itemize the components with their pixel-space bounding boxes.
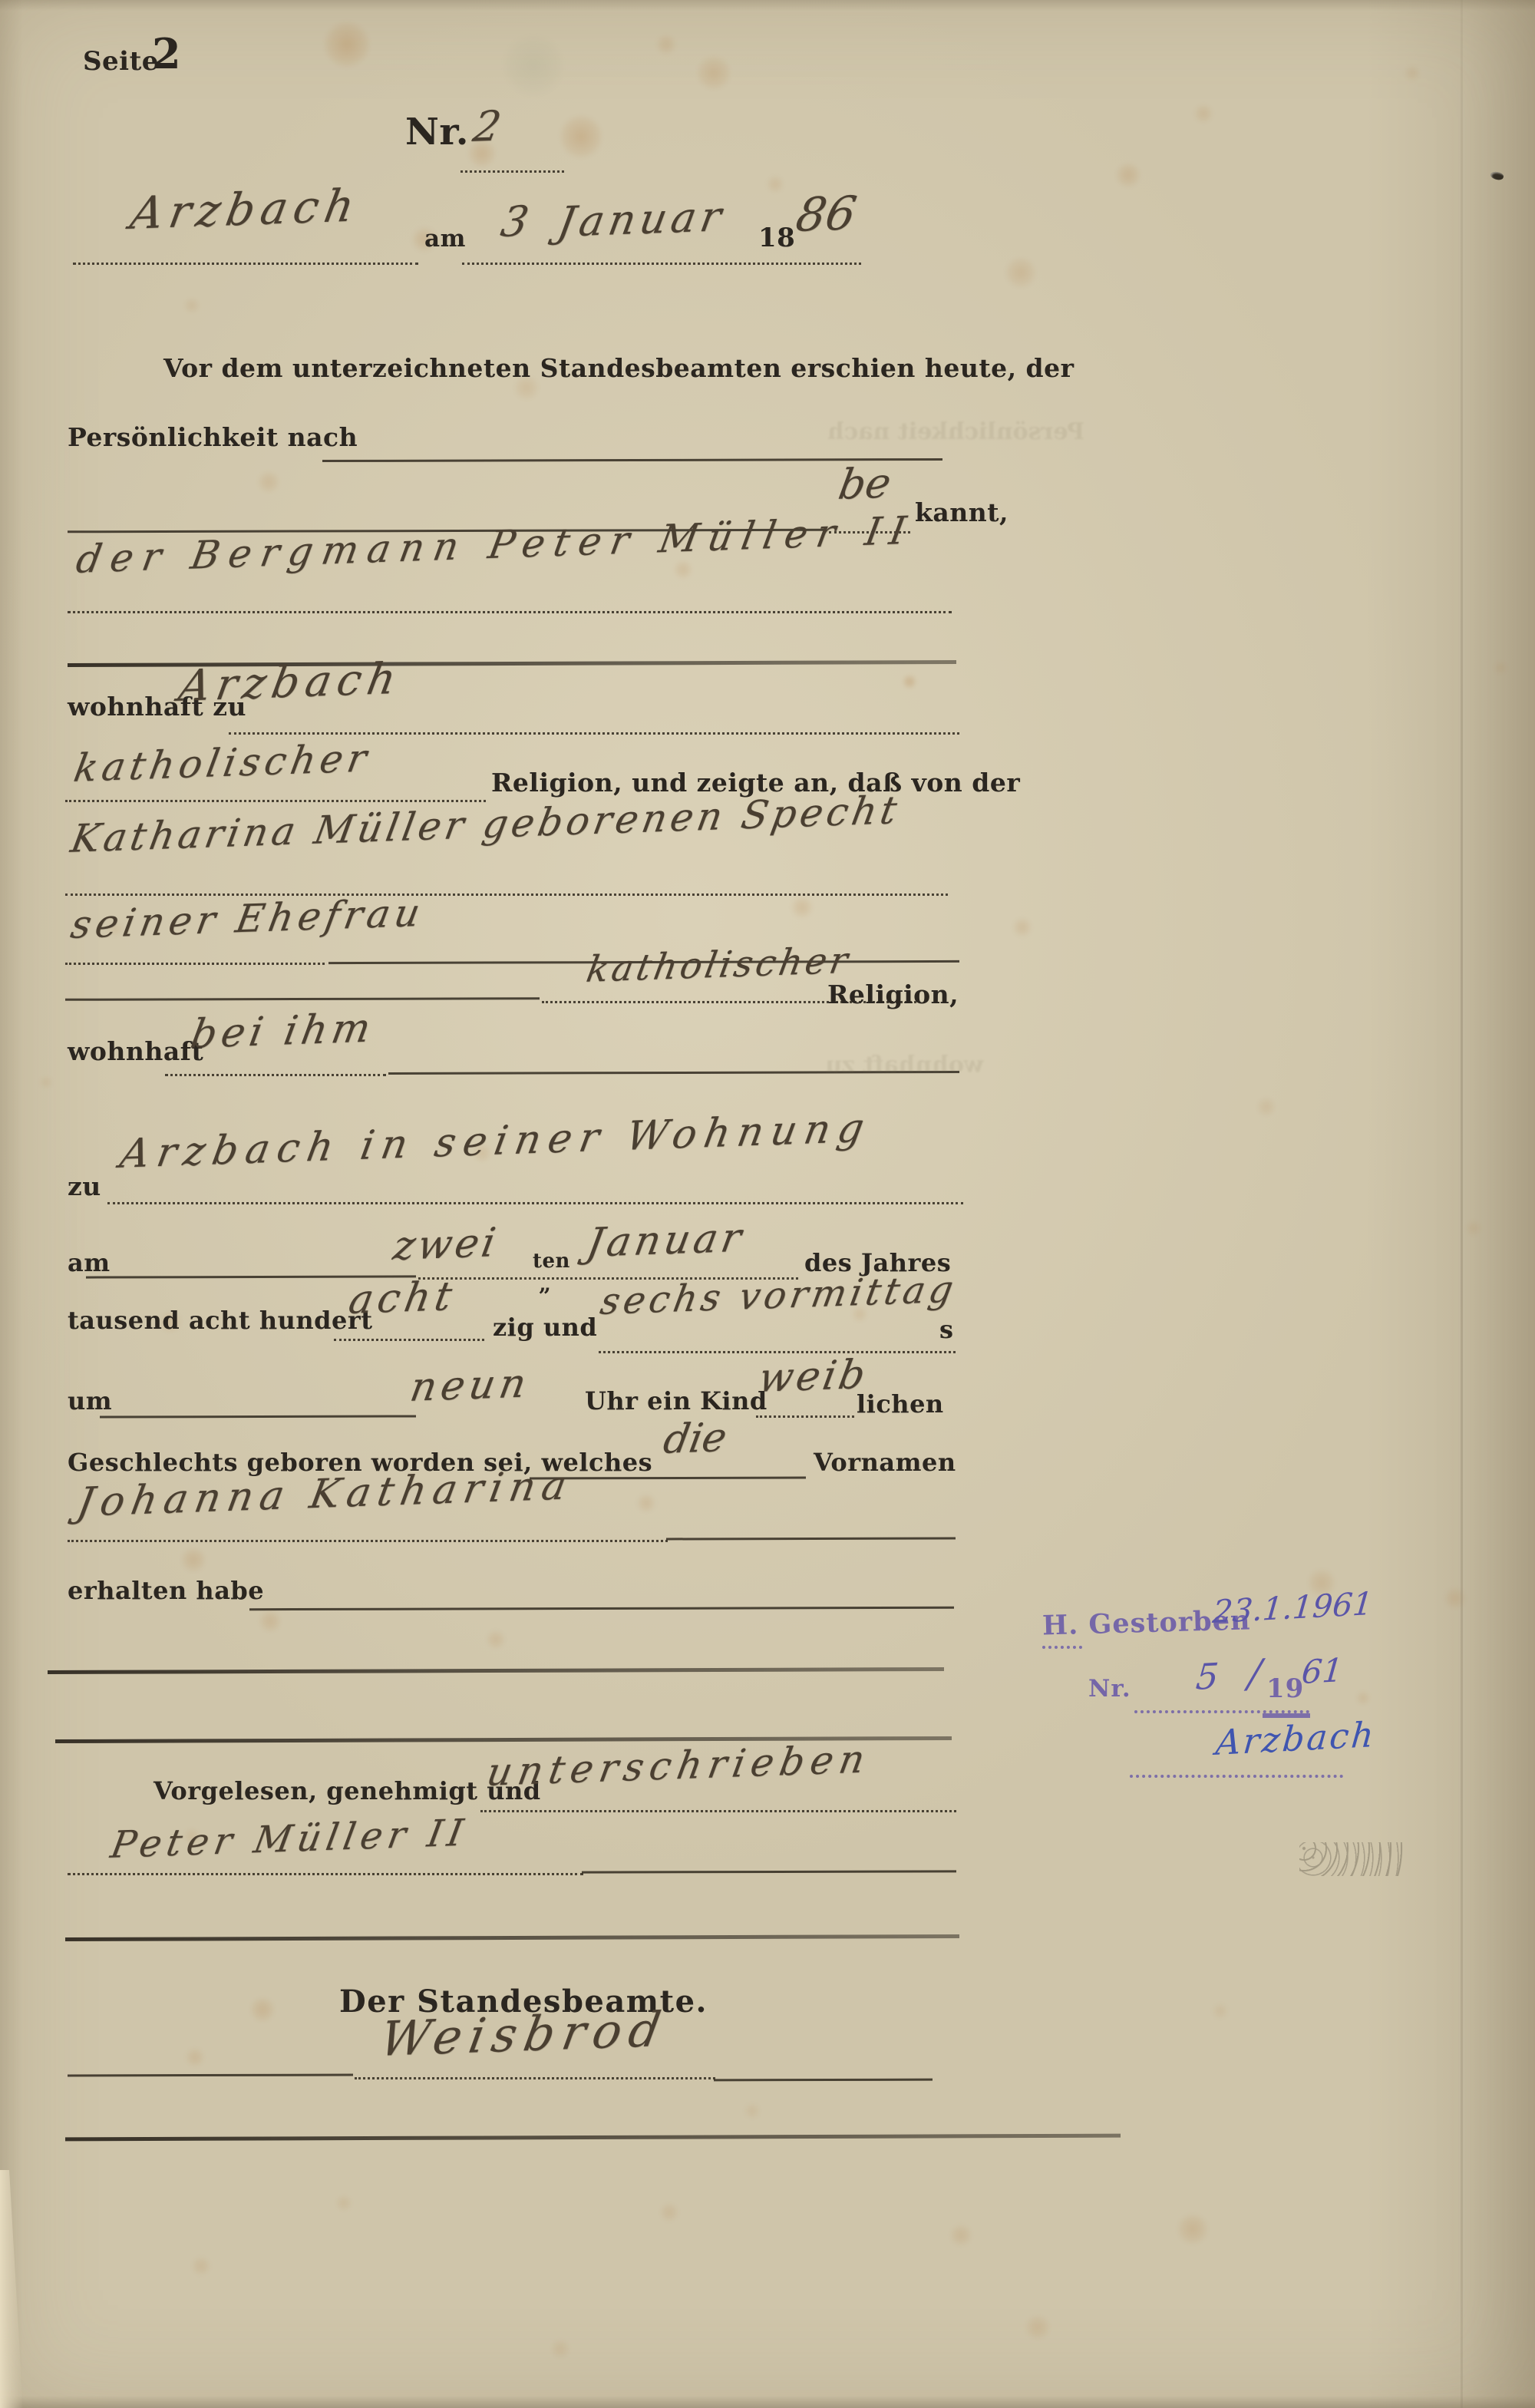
- year-printed-prefix: 18: [758, 223, 795, 253]
- foxing-stain: [1257, 1098, 1276, 1116]
- foxing-stain: [674, 560, 692, 579]
- wohnhaft-label-2: wohnhaft: [68, 1036, 203, 1066]
- foxing-stain: [1405, 65, 1420, 81]
- form-rule-line: [73, 263, 418, 265]
- stamp-nr-value: 5: [1194, 1655, 1220, 1698]
- form-rule-line: [599, 1351, 956, 1353]
- form-rule-line: [714, 2079, 933, 2082]
- tausend-label: tausend acht hundert: [68, 1306, 373, 1335]
- form-rule-line: [68, 1873, 583, 1875]
- foxing-stain: [656, 35, 676, 55]
- foxing-stain: [186, 2048, 204, 2066]
- registrar-signature: Weisbrod: [376, 2000, 672, 2067]
- am-label-2: am: [68, 1248, 111, 1277]
- form-rule-line: [65, 894, 948, 896]
- form-rule-line: [65, 1934, 959, 1941]
- foxing-stain: [1005, 257, 1036, 288]
- record-number-label: Nr.: [405, 111, 469, 154]
- stamp-nr-label: Nr.: [1088, 1675, 1131, 1703]
- foxing-stain: [660, 2203, 678, 2221]
- form-rule-line: [480, 1810, 956, 1812]
- stamp-slash: /: [1246, 1651, 1263, 1696]
- form-rule-line: [68, 611, 952, 613]
- year-decade-entry: acht: [345, 1273, 460, 1323]
- foxing-stain: [40, 1076, 52, 1088]
- foxing-stain: [744, 2103, 760, 2119]
- form-rule-line: [68, 2074, 353, 2077]
- form-rule-line: [65, 800, 486, 802]
- foxing-stain: [324, 21, 370, 68]
- ehefrau-entry: seiner Ehefrau: [68, 890, 428, 947]
- form-rule-line: [68, 1540, 668, 1542]
- registry-place-entry: Arzbach: [127, 179, 365, 239]
- bleedthrough-text: Persönlichkeit nach: [827, 418, 1084, 445]
- form-rule-line: [107, 1202, 963, 1204]
- unterschrieben-entry: unterschrieben: [484, 1736, 874, 1795]
- year-units-entry: sechs vormittag: [597, 1267, 960, 1323]
- kannt-label: kannt,: [915, 497, 1008, 527]
- eraser-speckles: [1299, 1842, 1403, 1876]
- foxing-stain: [503, 35, 564, 96]
- year-handwritten: 86: [792, 187, 860, 243]
- form-rule-line: [65, 963, 325, 965]
- zig-und-label: zig und: [493, 1313, 597, 1342]
- form-rule-line: [48, 1667, 944, 1674]
- sex-prefix-entry: weib: [755, 1352, 872, 1402]
- ditto-mark: „: [539, 1271, 552, 1296]
- page-fold-line: [1461, 0, 1463, 2408]
- foxing-stain: [903, 675, 916, 689]
- death-date-entry: 23.1.1961: [1211, 1585, 1375, 1630]
- foxing-stain: [767, 176, 784, 193]
- birth-place-entry: Arzbach in seiner Wohnung: [117, 1105, 875, 1178]
- residence-entry: Arzbach: [175, 653, 406, 712]
- uhr-ein-kind-label: Uhr ein Kind: [585, 1386, 767, 1415]
- stamp-rule-line: [1042, 1646, 1082, 1649]
- foxing-stain: [791, 897, 813, 918]
- foxing-stain: [259, 1610, 281, 1632]
- foxing-stain: [250, 1997, 275, 2022]
- foxing-stain: [184, 298, 200, 313]
- vorgelesen-label: Vorgelesen, genehmigt und: [153, 1776, 541, 1805]
- form-rule-line: [582, 1870, 956, 1873]
- record-number-value: 2: [470, 101, 505, 151]
- bei-ihm-entry: bei ihm: [187, 1005, 378, 1058]
- erhalten-habe-label: erhalten habe: [68, 1576, 264, 1605]
- foxing-stain: [551, 2340, 569, 2358]
- form-rule-line: [666, 1538, 956, 1541]
- page-number: 2: [152, 29, 181, 78]
- birth-month-entry: Januar: [583, 1214, 748, 1267]
- foxing-stain: [1356, 1691, 1370, 1705]
- form-rule-line: [460, 170, 564, 173]
- intro-sentence: Vor dem unterzeichneten Standesbeamten e…: [163, 353, 1074, 383]
- am-label: am: [424, 225, 466, 253]
- ten-suffix-label: ten: [533, 1250, 570, 1273]
- stamp-printed-19: 19: [1266, 1673, 1304, 1704]
- foxing-stain: [1194, 104, 1213, 123]
- religion-label-2: Religion,: [827, 979, 959, 1009]
- foxing-stain: [1177, 2214, 1208, 2244]
- foxing-stain: [1213, 2003, 1228, 2019]
- document-page: Seite 2 Nr. 2 Arzbach am 3 Januar 18 86 …: [0, 0, 1535, 2408]
- bekannt-prefix-entry: be: [835, 458, 895, 509]
- foxing-stain: [637, 1494, 655, 1512]
- persoenlichkeit-label: Persönlichkeit nach: [68, 422, 358, 452]
- foxing-stain: [192, 2257, 210, 2275]
- form-rule-line: [334, 1339, 484, 1341]
- zu-label: zu: [68, 1171, 101, 1201]
- form-rule-line: [756, 1415, 854, 1418]
- page-side-label: Seite: [83, 46, 159, 77]
- form-rule-line: [165, 1074, 386, 1076]
- stamp-year-suffix: 61: [1300, 1651, 1345, 1691]
- foxing-stain: [1025, 2315, 1050, 2340]
- stamp-rule-line: [1130, 1775, 1343, 1778]
- religion-entry-1: katholischer: [71, 735, 375, 791]
- foxing-stain: [697, 56, 731, 90]
- foxing-stain: [950, 2225, 972, 2246]
- religion-entry-2: katholischer: [583, 940, 854, 991]
- birth-day-entry: zwei: [390, 1220, 502, 1270]
- form-rule-line: [249, 1607, 954, 1610]
- bleedthrough-text: wohnhaft zu: [825, 1052, 984, 1078]
- foxing-stain: [560, 115, 602, 158]
- hour-entry: neun: [407, 1360, 534, 1411]
- foxing-stain: [258, 471, 279, 493]
- form-rule-line: [355, 2077, 715, 2079]
- declarant-entry: der Bergmann Peter Müller II: [73, 507, 919, 582]
- date-day-entry: 3: [497, 197, 533, 246]
- declarant-signature: Peter Müller II: [107, 1811, 471, 1867]
- form-rule-line: [65, 997, 540, 1001]
- mother-name-entry: Katharina Müller geborenen Specht: [68, 788, 904, 861]
- stamp-place-entry: Arzbach: [1214, 1714, 1378, 1763]
- page-corner-edge: [0, 2170, 23, 2408]
- date-month-entry: Januar: [554, 192, 729, 246]
- foxing-stain: [1466, 1221, 1481, 1236]
- foxing-stain: [336, 2195, 352, 2211]
- s-suffix-label: s: [939, 1315, 954, 1344]
- vornamen-label: Vornamen: [814, 1448, 956, 1477]
- lichen-label: lichen: [857, 1389, 944, 1419]
- form-rule-line: [229, 732, 959, 735]
- foxing-stain: [1013, 918, 1032, 936]
- foxing-stain: [1116, 163, 1141, 187]
- foxing-stain: [1494, 662, 1507, 674]
- foxing-stain: [181, 1548, 206, 1572]
- form-rule-line: [100, 1415, 416, 1418]
- form-rule-line: [462, 263, 861, 265]
- um-label: um: [68, 1386, 112, 1415]
- die-entry: die: [660, 1415, 730, 1463]
- dark-speck: [1490, 170, 1504, 182]
- form-rule-line: [65, 2134, 1121, 2142]
- foxing-stain: [487, 1630, 505, 1649]
